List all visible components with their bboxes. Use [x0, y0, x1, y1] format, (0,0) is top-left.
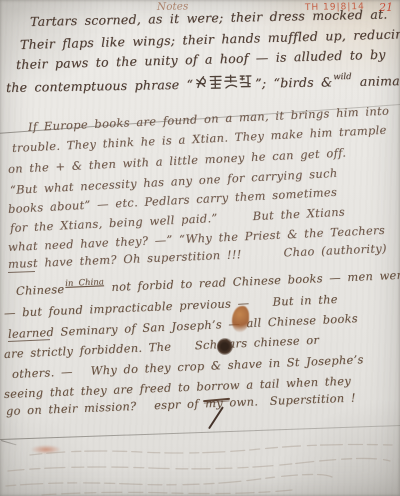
ink-blot-crossed-out [217, 338, 233, 355]
manuscript-line: Chinesein China not forbid to read Chine… [16, 268, 400, 298]
bleedthrough-handwriting [0, 440, 400, 496]
pencil-rule-bottom [0, 425, 400, 440]
line8-tail: Chao (authority) [283, 241, 387, 259]
line4-pre: the contemptuous phrase “ [6, 77, 193, 95]
inserted-word: wild [333, 72, 351, 82]
chinese-characters-icon [195, 74, 253, 94]
manuscript-line: Tartars scorned, as it were; their dress… [30, 7, 388, 29]
manuscript-line: the contemptuous phrase “”; “birds &wild… [6, 71, 400, 97]
manuscript-page: Notes TH 19|8|14 21 Tartars scorned, as … [0, 0, 400, 496]
line4-mid: ”; “birds & [255, 74, 332, 90]
line1-pre: Chinese [16, 282, 65, 298]
inserted-phrase: in China [65, 277, 104, 289]
line1-post: not forbid to read Chinese books — men w… [111, 268, 400, 294]
line4-post: animals,” [360, 73, 400, 89]
underline-mark [8, 271, 35, 273]
